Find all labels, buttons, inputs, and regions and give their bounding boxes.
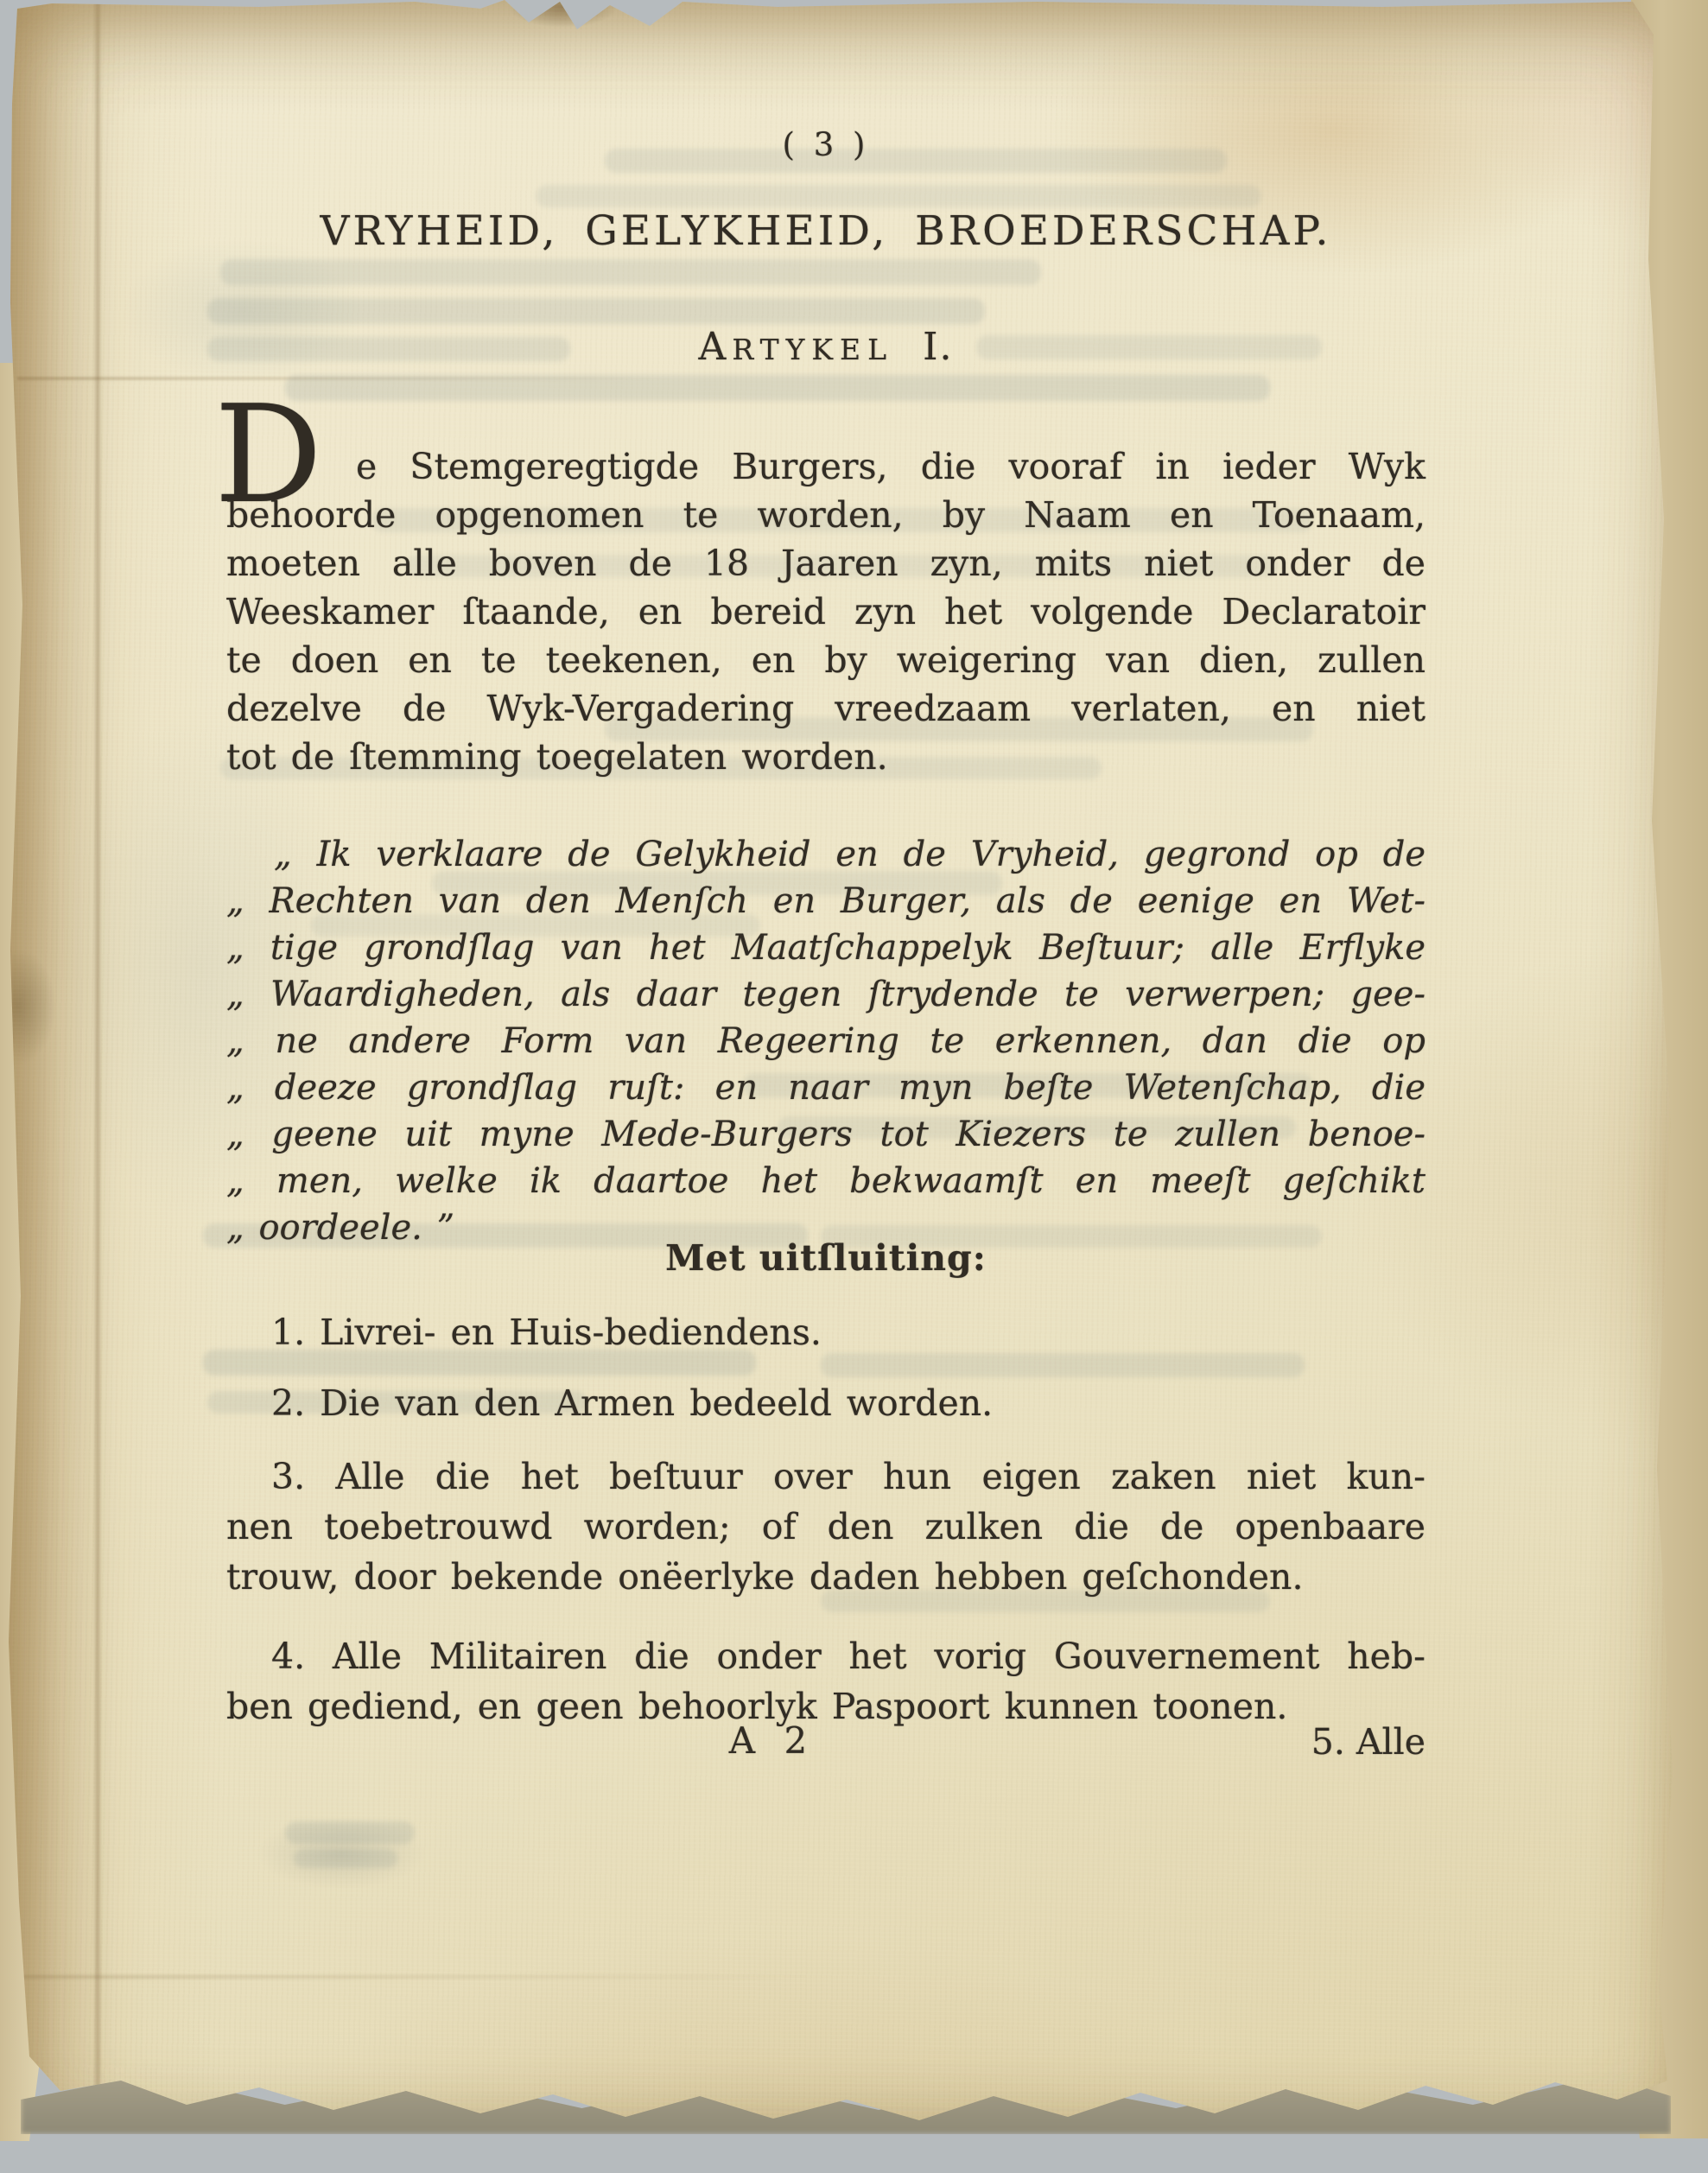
- text-line: „ men, welke ik daartoe het bekwaamſt en…: [226, 1158, 1425, 1204]
- text-line: nen toebetrouwd worden; of den zulken di…: [226, 1502, 1425, 1552]
- text-line: dezelve de Wyk-Vergadering vreedzaam ver…: [226, 684, 1425, 733]
- text-line: 2. Die van den Armen bedeeld worden.: [226, 1379, 1425, 1427]
- article-heading-rest: rtykel: [732, 333, 893, 366]
- text-line: 1. Livrei- en Huis-bediendens.: [226, 1308, 1425, 1357]
- declaration-quote: „ Ik verklaare de Gelykheid en de Vryhei…: [226, 831, 1425, 1251]
- ghost-text-bar: [207, 298, 985, 324]
- text-line: „ Waardigheden, als daar tegen ſtrydende…: [226, 971, 1425, 1018]
- text-line: 3. Alle die het beſtuur over hun eigen z…: [226, 1452, 1425, 1502]
- scanned-document: ( 3 ) VRYHEID, GELYKHEID, BROEDERSCHAP. …: [0, 0, 1708, 2173]
- text-line: „ tige grondſlag van het Maatſchappelyk …: [226, 924, 1425, 971]
- text-line: Weeskamer ſtaande, en bereid zyn het vol…: [226, 588, 1425, 636]
- drop-cap: D: [214, 387, 322, 522]
- exclusion-heading: Met uitſluiting:: [226, 1237, 1425, 1279]
- exclusion-item-4: 4. Alle Militairen die onder het vorig G…: [226, 1631, 1425, 1731]
- catchword: 5. Alle: [226, 1721, 1425, 1763]
- text-line: e Stemgeregtigde Burgers, die vooraf in …: [226, 442, 1425, 491]
- exclusion-item-2: 2. Die van den Armen bedeeld worden.: [226, 1379, 1425, 1427]
- opening-paragraph: e Stemgeregtigde Burgers, die vooraf in …: [226, 442, 1425, 781]
- ghost-text-bar: [285, 375, 1270, 401]
- text-line: „ ne andere Form van Regeering te erkenn…: [226, 1018, 1425, 1064]
- text-line: 4. Alle Militairen die onder het vorig G…: [226, 1631, 1425, 1681]
- article-numeral: I.: [923, 325, 953, 369]
- text-line: „ Rechten van den Menſch en Burger, als …: [226, 878, 1425, 924]
- text-line: moeten alle boven de 18 Jaaren zyn, mits…: [226, 539, 1425, 588]
- ghost-text-bar: [536, 185, 1261, 207]
- ghost-text-bar: [220, 259, 1041, 285]
- text-line: tot de ſtemming toegelaten worden.: [226, 733, 1425, 781]
- text-line: „ deeze grondſlag ruſt: en naar myn beſt…: [226, 1064, 1425, 1111]
- text-line: trouw, door bekende onëerlyke daden hebb…: [226, 1552, 1425, 1602]
- article-heading-initial: A: [699, 325, 733, 369]
- document-page: ( 3 ) VRYHEID, GELYKHEID, BROEDERSCHAP. …: [0, 0, 1708, 2173]
- text-line: „ Ik verklaare de Gelykheid en de Vryhei…: [226, 831, 1425, 878]
- text-line: „ geene uit myne Mede-Burgers tot Kiezer…: [226, 1111, 1425, 1158]
- ghost-text-bar: [285, 1821, 415, 1844]
- exclusion-item-3: 3. Alle die het beſtuur over hun eigen z…: [226, 1452, 1425, 1602]
- text-line: behoorde opgenomen te worden, by Naam en…: [226, 491, 1425, 539]
- text-line: te doen en te teekenen, en by weigering …: [226, 636, 1425, 684]
- ghost-text-bar: [294, 1849, 397, 1868]
- article-heading: ArtykelI.: [226, 325, 1425, 369]
- ghost-text-bar: [821, 1353, 1305, 1377]
- motto-heading: VRYHEID, GELYKHEID, BROEDERSCHAP.: [226, 207, 1425, 255]
- exclusion-item-1: 1. Livrei- en Huis-bediendens.: [226, 1308, 1425, 1357]
- page-number: ( 3 ): [226, 126, 1425, 163]
